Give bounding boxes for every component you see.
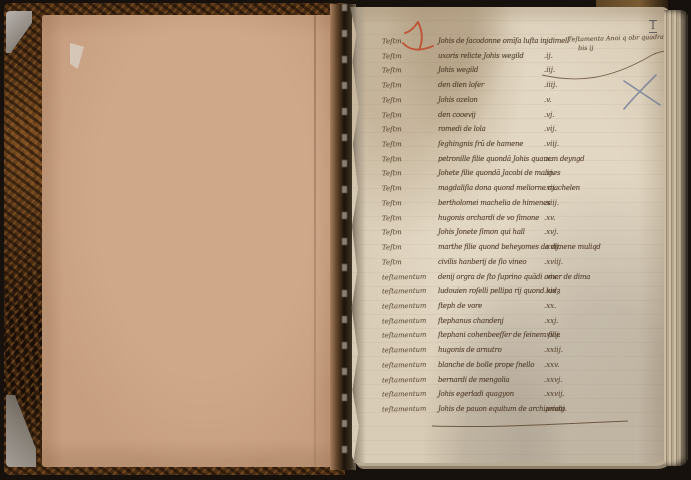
- index-row: TeſtmJohis ozelon.v.: [352, 96, 670, 109]
- index-row: teſtamentumhugonis de arnutro.xxiij.: [352, 346, 670, 359]
- row-type-abbreviation: teſtamentum: [382, 375, 436, 384]
- row-entry-text: ſtephanus chandenj: [438, 317, 550, 325]
- index-row: teſtamentumſteph de vore.xx.: [352, 302, 670, 315]
- row-folio-numeral: .xiij.: [544, 199, 594, 207]
- index-row: Teſtmmagdaliſia dona quond meliorne mach…: [352, 184, 670, 197]
- row-type-abbreviation: Teſtm: [382, 243, 436, 252]
- row-entry-text: Johis ozelon: [438, 96, 550, 104]
- row-type-abbreviation: Teſtm: [382, 125, 436, 134]
- row-type-abbreviation: Teſtm: [382, 184, 436, 193]
- book-scan: I Teſtamenta Anoi q obr quadra Pij bis i…: [0, 0, 691, 480]
- row-folio-numeral: .viij.: [544, 140, 594, 148]
- row-type-abbreviation: Teſtm: [382, 169, 436, 178]
- last-row-underline: [352, 415, 670, 431]
- row-entry-text: hugonis de arnutro: [438, 346, 550, 354]
- index-row: TeſtmJohis Jonete ſimon qui hall.xvj.: [352, 228, 670, 241]
- row-type-abbreviation: Teſtm: [382, 81, 436, 90]
- row-entry-text: ſteph de vore: [438, 302, 550, 310]
- row-type-abbreviation: teſtamentum: [382, 346, 436, 355]
- row-type-abbreviation: Teſtm: [382, 66, 436, 75]
- index-row: Teſtmhugonis orchardi de vo ſimone.xv.: [352, 214, 670, 227]
- row-entry-text: blanche de bolle prope ſnello: [438, 361, 550, 369]
- row-folio-numeral: .iiij.: [544, 81, 594, 89]
- index-row: TeſtmJohis wegild.iij.: [352, 66, 670, 79]
- row-type-abbreviation: Teſtm: [382, 154, 436, 163]
- row-entry-text: petronille filie quondā Johis quanem dey…: [438, 155, 550, 163]
- row-entry-text: Johis egerladi quagyon: [438, 390, 550, 398]
- row-type-abbreviation: Teſtm: [382, 110, 436, 119]
- row-folio-numeral: .x.: [544, 155, 594, 163]
- index-row: teſtamentumludouien roſelli pellipa rij …: [352, 287, 670, 300]
- row-type-abbreviation: teſtamentum: [382, 390, 436, 399]
- index-row: teſtamentumſtephani cohenbeeſſer de ſein…: [352, 331, 670, 344]
- row-type-abbreviation: teſtamentum: [382, 272, 436, 281]
- page-block-edge: [664, 10, 688, 466]
- gutter-stitching: [342, 4, 347, 470]
- row-entry-text: Johis de ſacodonne omīſa luſta in dimell: [438, 37, 550, 45]
- index-row: Teſtmmarthe filie quond beheyomes de dim…: [352, 243, 670, 256]
- row-entry-text: bernardi de mengolia: [438, 376, 550, 384]
- row-entry-text: civilis hanberij de ſio vineo: [438, 258, 550, 266]
- row-folio-numeral: .j.: [544, 37, 594, 45]
- row-entry-text: hugonis orchardi de vo ſimone: [438, 214, 550, 222]
- row-folio-numeral: .vj.: [544, 111, 594, 119]
- row-folio-numeral: .xx.: [544, 302, 594, 310]
- index-row: teſtamentumdenij orgra de ſto ſuprino qu…: [352, 273, 670, 286]
- row-entry-text: den cooevij: [438, 111, 550, 119]
- row-folio-numeral: .xxv.: [544, 361, 594, 369]
- row-folio-numeral: .xvij.: [544, 243, 594, 251]
- index-rows: TeſtmJohis de ſacodonne omīſa luſta in d…: [352, 37, 670, 429]
- cover-corner-top: [6, 11, 32, 53]
- blank-flyleaf-page: [42, 15, 336, 467]
- index-row: Teſtmuxoris relicte Johis wegild.ij.: [352, 52, 670, 65]
- row-entry-text: Johis Jonete ſimon qui hall: [438, 228, 550, 236]
- row-type-abbreviation: teſtamentum: [382, 405, 436, 414]
- cover-corner-bottom: [6, 395, 36, 467]
- index-row: teſtamentumbernardi de mengolia.xxvj.: [352, 376, 670, 389]
- row-type-abbreviation: Teſtm: [382, 37, 436, 46]
- row-folio-numeral: .xxvj.: [544, 376, 594, 384]
- row-folio-numeral: .xj.: [544, 169, 594, 177]
- row-type-abbreviation: teſtamentum: [382, 301, 436, 310]
- row-entry-text: marthe filie quond beheyomes de dimene m…: [438, 243, 550, 251]
- row-folio-numeral: .iij.: [544, 66, 594, 74]
- row-folio-numeral: .xv.: [544, 214, 594, 222]
- row-type-abbreviation: teſtamentum: [382, 360, 436, 369]
- flyleaf-corner-nick: [70, 43, 84, 69]
- row-entry-text: ſeghingnis ſrū de hamene: [438, 140, 550, 148]
- row-type-abbreviation: Teſtm: [382, 95, 436, 104]
- row-type-abbreviation: Teſtm: [382, 51, 436, 60]
- index-row: Teſtmſeghingnis ſrū de hamene.viij.: [352, 140, 670, 153]
- row-type-abbreviation: Teſtm: [382, 198, 436, 207]
- row-entry-text: bertholomei machelia de himenes: [438, 199, 550, 207]
- index-row: Teſtmcivilis hanberij de ſio vineo.xviij…: [352, 258, 670, 271]
- row-folio-numeral: .xxiij.: [544, 346, 594, 354]
- left-cover-leather: [4, 3, 345, 475]
- index-row: TeſtmJohete filie quondā Jacobi de malin…: [352, 169, 670, 182]
- index-row: Teſtmden cooevij.vj.: [352, 111, 670, 124]
- index-row: teſtamentumblanche de bolle prope ſnello…: [352, 361, 670, 374]
- index-row: teſtamentumſtephanus chandenj.xxj.: [352, 317, 670, 330]
- row-folio-numeral: .ij.: [544, 52, 594, 60]
- row-entry-text: Johete filie quondā Jacobi de malines: [438, 169, 550, 177]
- row-entry-text: den dien loſer: [438, 81, 550, 89]
- flyleaf-fold-line: [314, 15, 316, 467]
- row-folio-numeral: .xxviij.: [544, 405, 594, 413]
- index-row: teſtamentumJohis egerladi quagyon.xxvij.: [352, 390, 670, 403]
- index-row: Teſtmpetronille filie quondā Johis quane…: [352, 155, 670, 168]
- row-type-abbreviation: Teſtm: [382, 140, 436, 149]
- row-type-abbreviation: Teſtm: [382, 228, 436, 237]
- row-folio-numeral: .v.: [544, 96, 594, 104]
- index-row: Teſtmden dien loſer.iiij.: [352, 81, 670, 94]
- row-folio-numeral: .xix.: [544, 273, 594, 281]
- row-entry-text: ſtephani cohenbeeſſer de ſeinem filie: [438, 331, 550, 339]
- row-folio-numeral: .xvj.: [544, 228, 594, 236]
- row-entry-text: Johis wegild: [438, 66, 550, 74]
- index-row: TeſtmJohis de ſacodonne omīſa luſta in d…: [352, 37, 670, 50]
- row-entry-text: magdaliſia dona quond meliorne machelen: [438, 184, 550, 192]
- row-type-abbreviation: teſtamentum: [382, 316, 436, 325]
- index-row: Teſtmbertholomei machelia de himenes.xii…: [352, 199, 670, 212]
- row-entry-text: romedi de lola: [438, 125, 550, 133]
- row-folio-numeral: .xij.: [544, 184, 594, 192]
- row-type-abbreviation: teſtamentum: [382, 287, 436, 296]
- row-folio-numeral: .xxij.: [544, 331, 594, 339]
- row-folio-numeral: .xviij.: [544, 258, 594, 266]
- row-type-abbreviation: Teſtm: [382, 213, 436, 222]
- row-folio-numeral: .xxj.: [544, 317, 594, 325]
- row-entry-text: uxoris relicte Johis wegild: [438, 52, 550, 60]
- row-entry-text: ludouien roſelli pellipa rij quond ludȝ: [438, 287, 550, 295]
- index-row: Teſtmromedi de lola.vij.: [352, 125, 670, 138]
- row-entry-text: Johis de pauon equitum de archipriato: [438, 405, 550, 413]
- row-type-abbreviation: teſtamentum: [382, 331, 436, 340]
- manuscript-index-page: I Teſtamenta Anoi q obr quadra Pij bis i…: [352, 7, 670, 463]
- row-folio-numeral: .xix.: [544, 287, 594, 295]
- row-entry-text: denij orgra de ſto ſuprino quādi omer de…: [438, 273, 550, 281]
- row-folio-numeral: .xxvij.: [544, 390, 594, 398]
- row-type-abbreviation: Teſtm: [382, 257, 436, 266]
- row-folio-numeral: .vij.: [544, 125, 594, 133]
